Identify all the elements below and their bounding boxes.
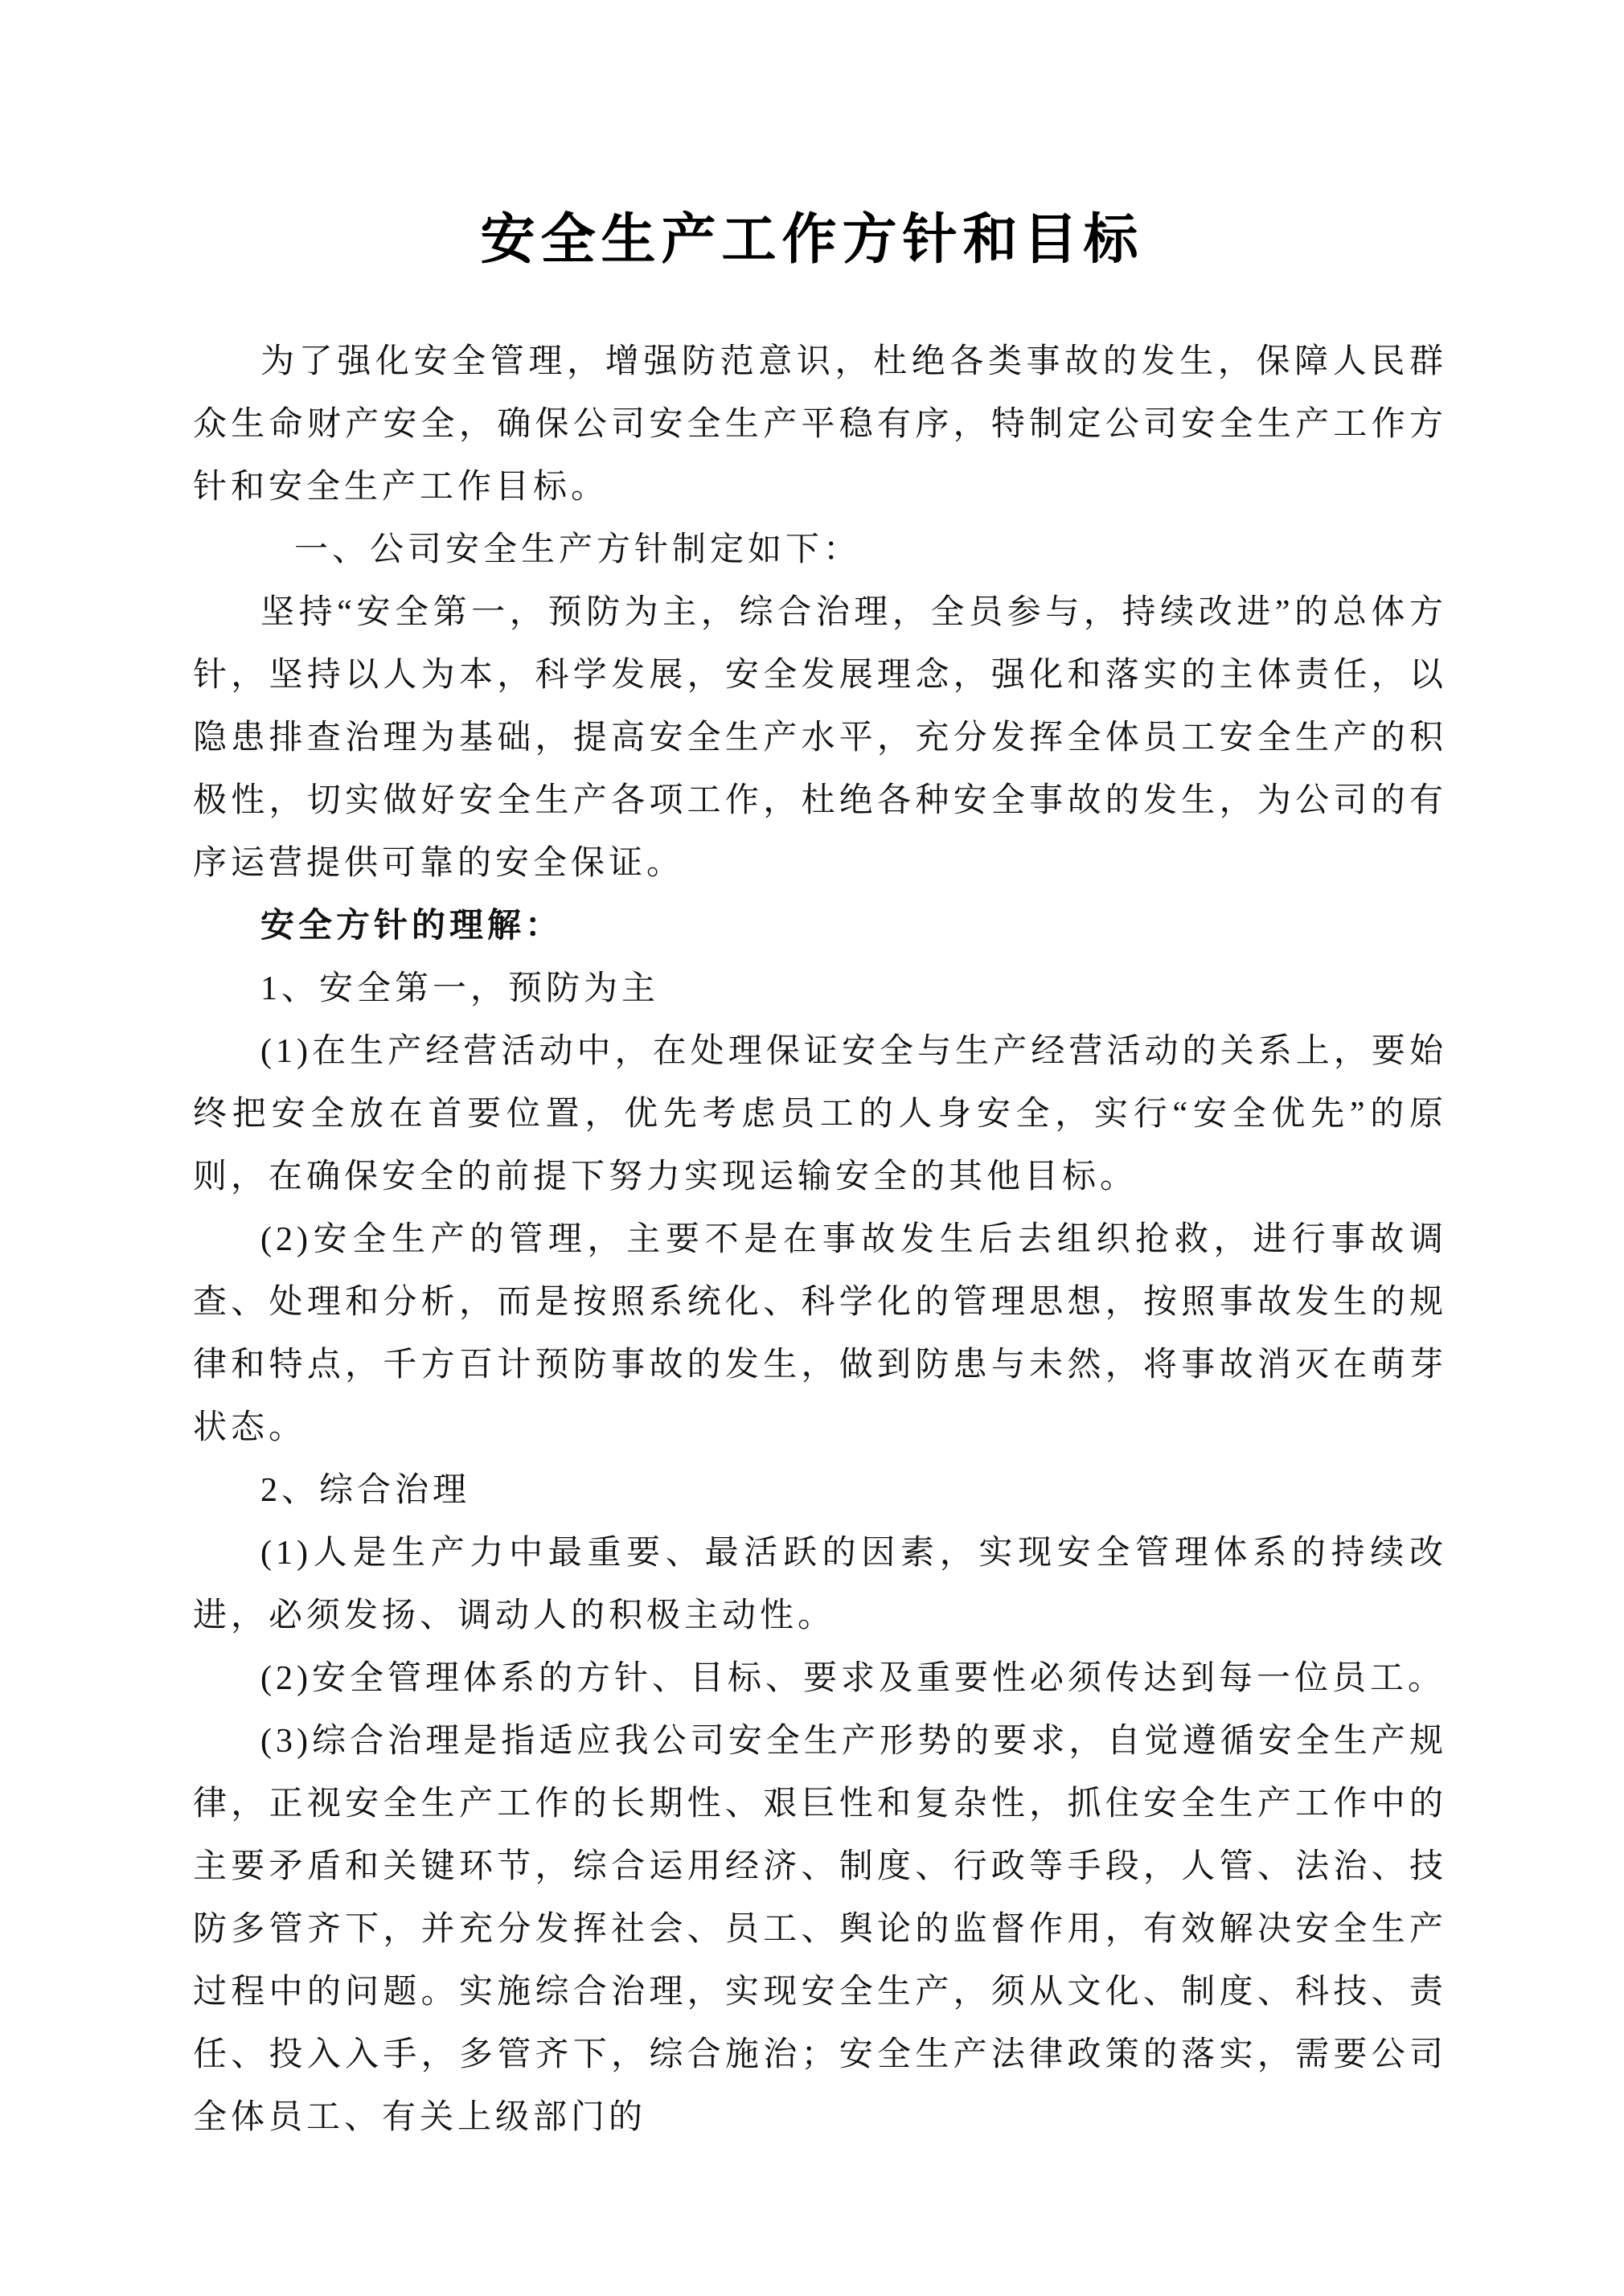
paragraph: (1)在生产经营活动中，在处理保证安全与生产经营活动的关系上，要始终把安全放在首… [193, 1020, 1447, 1208]
paragraph: 1、安全第一，预防为主 [193, 957, 1447, 1020]
paragraph: 为了强化安全管理，增强防范意识，杜绝各类事故的发生，保障人民群众生命财产安全，确… [193, 330, 1447, 519]
paragraph: (2)安全生产的管理，主要不是在事故发生后去组织抢救，进行事故调查、处理和分析，… [193, 1208, 1447, 1459]
paragraph: 一、公司安全生产方针制定如下： [193, 519, 1447, 581]
paragraph: (1)人是生产力中最重要、最活跃的因素，实现安全管理体系的持续改进，必须发扬、调… [193, 1522, 1447, 1647]
paragraph: 安全方针的理解： [193, 895, 1447, 957]
document-title: 安全生产工作方针和目标 [0, 0, 1624, 274]
document-body: 为了强化安全管理，增强防范意识，杜绝各类事故的发生，保障人民群众生命财产安全，确… [0, 330, 1624, 2149]
paragraph: 坚持“安全第一，预防为主，综合治理，全员参与，持续改进”的总体方针，坚持以人为本… [193, 581, 1447, 895]
paragraph: (3)综合治理是指适应我公司安全生产形势的要求，自觉遵循安全生产规律，正视安全生… [193, 1710, 1447, 2149]
paragraph: (2)安全管理体系的方针、目标、要求及重要性必须传达到每一位员工。 [193, 1647, 1447, 1710]
document-page: 安全生产工作方针和目标 为了强化安全管理，增强防范意识，杜绝各类事故的发生，保障… [0, 0, 1624, 2296]
paragraph: 2、综合治理 [193, 1459, 1447, 1522]
